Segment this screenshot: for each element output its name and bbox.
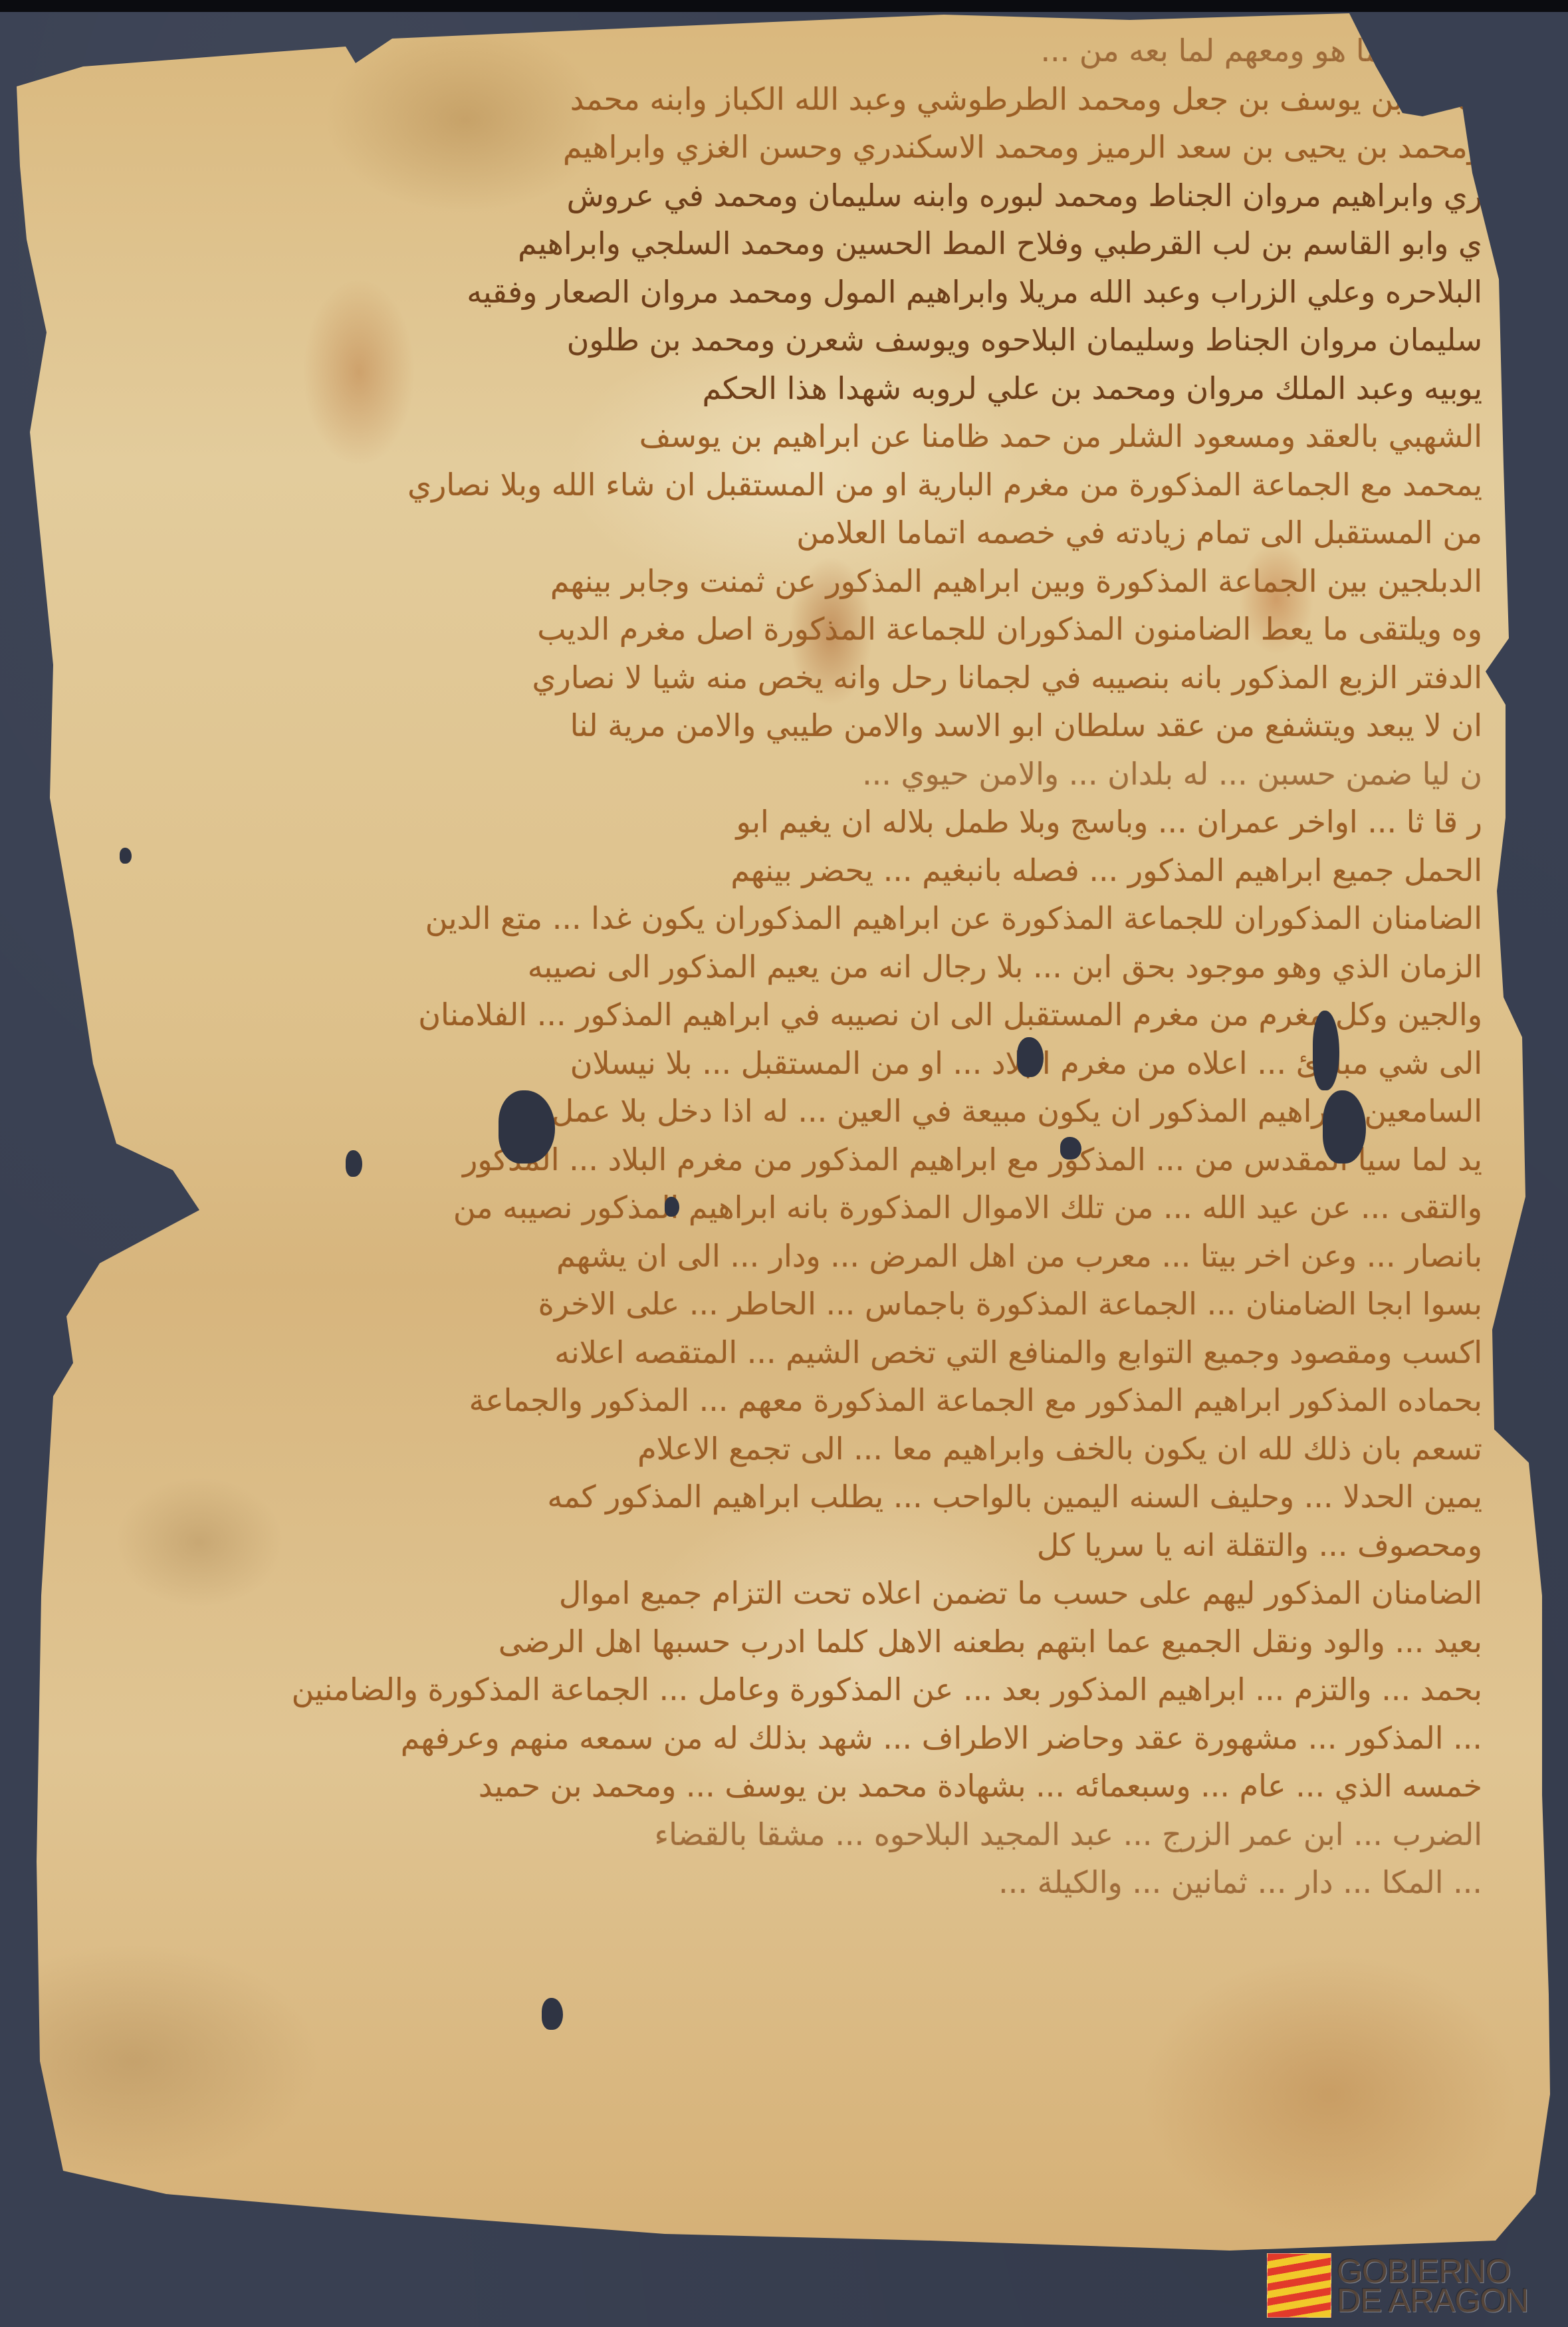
manuscript-text: وش ... ما هو ومعهم لما بعه من ... محمد ب… — [86, 27, 1482, 1907]
text-line: بسوا ابجا الضامنان ... الجماعة المذكورة … — [86, 1280, 1482, 1328]
text-line: من المستقبل الى تمام زيادته في خصمه اتما… — [86, 509, 1482, 557]
text-line: والتقى ... عن عيد الله ... من تلك الاموا… — [86, 1183, 1482, 1232]
parchment-hole — [542, 1998, 563, 2030]
text-line: يوبيه وعبد الملك مروان ومحمد بن علي لروب… — [86, 364, 1482, 413]
text-line: ومحمد بن يحيى بن سعد الرميز ومحمد الاسكن… — [86, 123, 1482, 172]
text-line: ري وابراهيم مروان الجناط ومحمد لبوره واب… — [86, 172, 1482, 220]
text-line: ... المذكور ... مشهورة عقد وحاضر الاطراف… — [86, 1714, 1482, 1763]
text-line: الشهبي بالعقد ومسعود الشلر من حمد ظامنا … — [86, 412, 1482, 461]
text-line: الدبلجين بين الجماعة المذكورة وبين ابراه… — [86, 557, 1482, 606]
text-line: يمحمد مع الجماعة المذكورة من مغرم الباري… — [86, 461, 1482, 509]
parchment-hole — [120, 848, 132, 864]
parchment-hole — [1060, 1137, 1081, 1160]
text-line: سليمان مروان الجناط وسليمان البلاحوه ويو… — [86, 316, 1482, 364]
gobierno-de-aragon-logo: GOBIERNO DE ARAGON — [1267, 2253, 1528, 2318]
logo-line-1: GOBIERNO — [1337, 2257, 1528, 2286]
parchment-hole — [346, 1150, 362, 1177]
scan-top-edge — [0, 0, 1568, 12]
text-line: الضامنان المذكوران للجماعة المذكورة عن ا… — [86, 894, 1482, 943]
aragon-flag-icon — [1267, 2253, 1331, 2318]
parchment-hole — [1017, 1037, 1044, 1077]
text-line: محمد بن يوسف بن جعل ومحمد الطرطوشي وعبد … — [86, 75, 1482, 124]
text-line: ر قا ثا ... اواخر عمران ... وباسج وبلا ط… — [86, 798, 1482, 846]
text-line: والجين وكل مغرم من مغرم المستقبل الى ان … — [86, 991, 1482, 1039]
text-line: الزمان الذي وهو موجود بحق ابن ... بلا رج… — [86, 943, 1482, 991]
parchment-hole — [665, 1197, 679, 1217]
text-line: يد لما سيا المقدس من ... المذكور مع ابرا… — [86, 1136, 1482, 1184]
parchment-hole — [1313, 1011, 1339, 1090]
text-line: السامعين لابراهيم المذكور ان يكون مبيعة … — [86, 1087, 1482, 1136]
text-line: الضامنان المذكور ليهم على حسب ما تضمن اع… — [86, 1569, 1482, 1618]
text-line: ومحصوف ... والتقلة انه يا سريا كل — [86, 1521, 1482, 1570]
text-line: الحمل جميع ابراهيم المذكور ... فصله بانب… — [86, 846, 1482, 895]
text-line: بانصار ... وعن اخر بيتا ... معرب من اهل … — [86, 1232, 1482, 1281]
text-line: ... المكا ... دار ... ثمانين ... والكيلة… — [86, 1858, 1482, 1907]
text-line: بعيد ... والود ونقل الجميع عما ابتهم بطع… — [86, 1618, 1482, 1666]
text-line: تسعم بان ذلك لله ان يكون بالخف وابراهيم … — [86, 1425, 1482, 1473]
text-line: الى شي مبادئ ... اعلاه من مغرم البلاد ..… — [86, 1039, 1482, 1088]
text-line: ان لا يبعد ويتشفع من عقد سلطان ابو الاسد… — [86, 701, 1482, 750]
text-line: وه ويلتقى ما يعط الضامنون المذكوران للجم… — [86, 605, 1482, 654]
logo-line-2: DE ARAGON — [1337, 2286, 1528, 2315]
text-line: البلاحره وعلي الزراب وعبد الله مريلا واب… — [86, 268, 1482, 316]
text-line: الضرب ... ابن عمر الزرج ... عبد المجيد ا… — [86, 1810, 1482, 1859]
parchment-hole — [1323, 1090, 1366, 1163]
text-line: خمسه الذي ... عام ... وسبعمائه ... بشهاد… — [86, 1762, 1482, 1810]
text-line: بحماده المذكور ابراهيم المذكور مع الجماع… — [86, 1376, 1482, 1425]
text-line: ن ليا ضمن حسبن ... له بلدان ... والامن ح… — [86, 750, 1482, 798]
text-line: يمين الحدلا ... وحليف السنه اليمين بالوا… — [86, 1473, 1482, 1521]
text-line: اكسب ومقصود وجميع التوابع والمنافع التي … — [86, 1328, 1482, 1377]
parchment-sheet: وش ... ما هو ومعهم لما بعه من ... محمد ب… — [0, 0, 1568, 2327]
parchment-hole — [499, 1090, 555, 1163]
text-line: ي وابو القاسم بن لب القرطبي وفلاح المط ا… — [86, 219, 1482, 268]
text-line: الدفتر الزبع المذكور بانه بنصيبه في لجما… — [86, 654, 1482, 702]
text-line: بحمد ... والتزم ... ابراهيم المذكور بعد … — [86, 1665, 1482, 1714]
